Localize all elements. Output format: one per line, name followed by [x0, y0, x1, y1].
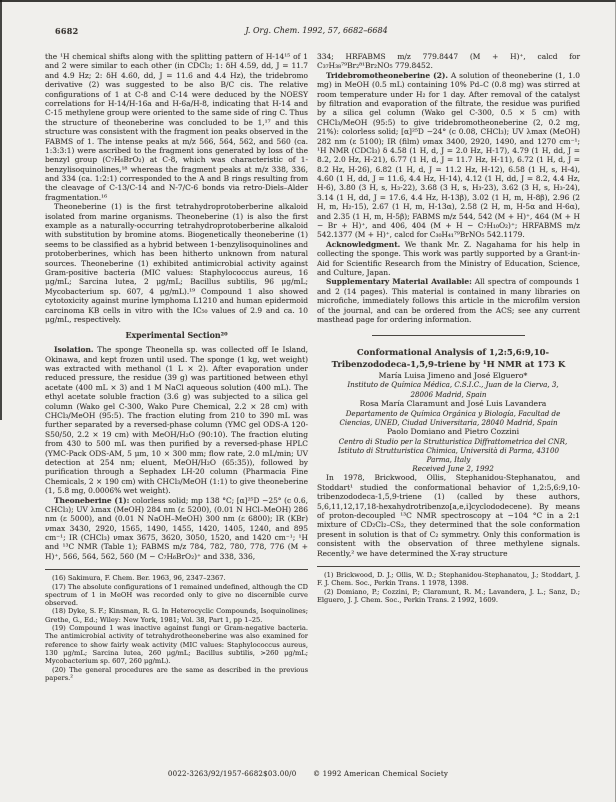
tridebromo-text: A solution of theoneberine (1, 1.0 mg) i… [317, 71, 580, 240]
footnote-rule-left [45, 569, 308, 570]
paragraph-acknowledgment: Acknowledgment. We thank Mr. Z. Nagahama… [317, 240, 580, 278]
footnote-20: (20) The general procedures are the same… [45, 666, 308, 683]
article2-authors-2: Rosa María Claramunt and José Luis Lavan… [317, 399, 580, 409]
article2-authors-1: María Luisa Jimeno and José Elguero* [317, 371, 580, 381]
article2-intro-paragraph: In 1978, Brickwood, Ollis, Stephanidou-S… [317, 473, 580, 558]
paragraph-supplementary: Supplementary Material Available: All sp… [317, 277, 580, 324]
footnote-rule-right [317, 566, 580, 567]
tridebromo-lead: Tridebromotheoneberine (2). [326, 71, 448, 80]
right-footnotes: (1) Brickwood, D. J.; Ollis, W. D.; Step… [317, 571, 580, 604]
footnote-2: (2) Domiano, P.; Cozzini, P.; Claramunt,… [317, 588, 580, 605]
paragraph-continuation-1: the ¹H chemical shifts along with the sp… [45, 52, 308, 202]
right-column: 334; HRFABMS m/z 779.8447 (M + H)⁺, calc… [317, 52, 580, 682]
paragraph-continuation-right: 334; HRFABMS m/z 779.8447 (M + H)⁺, calc… [317, 52, 580, 71]
article2-affiliation-1: Instituto de Química Médica, C.S.I.C., J… [317, 380, 580, 398]
isolation-lead: Isolation. [54, 345, 94, 354]
paragraph-continuation-2: Theoneberine (1) is the first tetrahydro… [45, 202, 308, 324]
paragraph-isolation: Isolation. The sponge Theonella sp. was … [45, 345, 308, 495]
supplementary-lead: Supplementary Material Available: [326, 277, 472, 286]
article2-affiliation-2: Departamento de Química Orgánica y Biolo… [317, 409, 580, 427]
acknowledgment-lead: Acknowledgment. [326, 240, 400, 249]
footnote-1: (1) Brickwood, D. J.; Ollis, W. D.; Step… [317, 571, 580, 588]
article-divider [372, 335, 525, 336]
article2-affiliation-3: Centro di Studio per la Strutturistica D… [317, 437, 580, 465]
article2-authors-3: Paolo Domiano and Pietro Cozzini [317, 427, 580, 437]
footnote-19: (19) Compound 1 was inactive against fun… [45, 624, 308, 665]
paragraph-tridebromo: Tridebromotheoneberine (2). A solution o… [317, 71, 580, 240]
left-footnotes: (16) Sakimura, F. Chem. Ber. 1963, 96, 2… [45, 574, 308, 682]
paragraph-theoneberine-data: Theoneberine (1): colorless solid; mp 13… [45, 496, 308, 562]
page-footer: 0022-3263/92/1957-6682$03.00/0 © 1992 Am… [0, 769, 616, 778]
copyright-notice: © 1992 American Chemical Society [313, 769, 448, 778]
footnote-17: (17) The absolute configurations of 1 re… [45, 583, 308, 608]
two-column-body: the ¹H chemical shifts along with the sp… [45, 52, 581, 682]
theoneberine-lead: Theoneberine (1): [54, 496, 129, 505]
footnote-18: (18) Dyke, S. F.; Kinsman, R. G. In Hete… [45, 607, 308, 624]
experimental-section-heading: Experimental Section²⁰ [45, 331, 308, 341]
theoneberine-text: colorless solid; mp 138 °C; [α]²⁵D −25° … [45, 496, 308, 561]
left-column: the ¹H chemical shifts along with the sp… [45, 52, 308, 682]
page-header: 6682 J. Org. Chem. 1992, 57, 6682–6684 [55, 26, 578, 38]
issn-price-code: 0022-3263/92/1957-6682$03.00/0 [168, 769, 297, 778]
isolation-text: The sponge Theonella sp. was collected o… [45, 345, 308, 495]
article2-received-date: Received June 2, 1992 [317, 464, 580, 473]
footnote-16: (16) Sakimura, F. Chem. Ber. 1963, 96, 2… [45, 574, 308, 582]
article2-title: Conformational Analysis of 1,2:5,6:9,10-… [317, 348, 580, 370]
journal-page-scan: 6682 J. Org. Chem. 1992, 57, 6682–6684 t… [0, 0, 616, 802]
journal-citation: J. Org. Chem. 1992, 57, 6682–6684 [55, 26, 578, 35]
